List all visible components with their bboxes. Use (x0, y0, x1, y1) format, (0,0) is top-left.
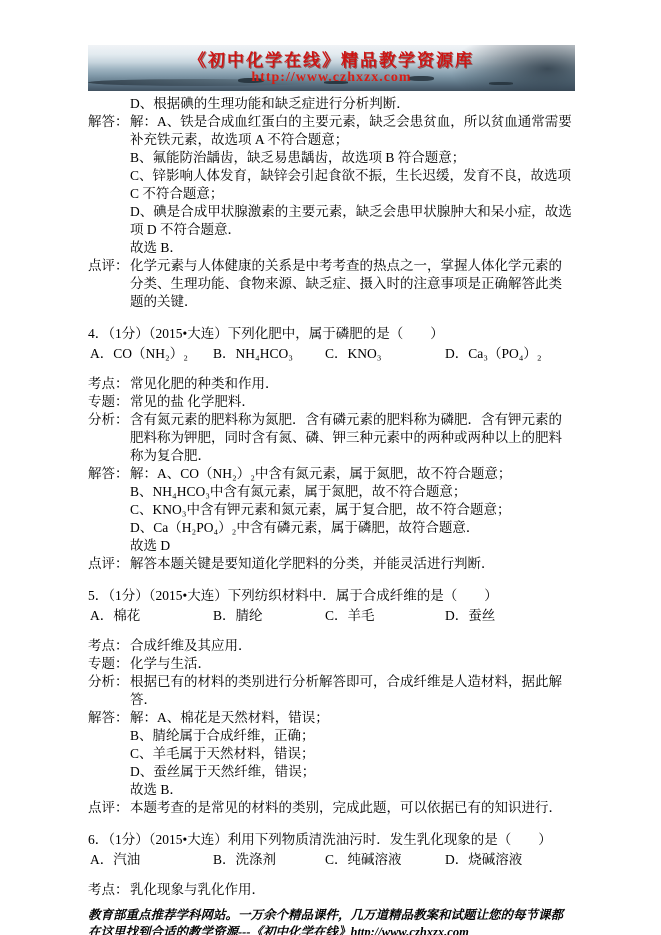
q6-option-c: C．纯碱溶液 (325, 851, 445, 869)
q4-option-b: B．NH₄HCO₃ (213, 345, 325, 363)
q4-analysis-block: 考点： 常见化肥的种类和作用． 专题： 常见的盐 化学肥料． 分析： 含有氮元素… (88, 375, 575, 573)
document-content: 《初中化学在线》精品教学资源库 http://www.czhxzx.com D、… (88, 45, 575, 935)
banner-url[interactable]: http://www.czhxzx.com (88, 69, 575, 87)
zhuanti-label: 专题： (88, 655, 130, 673)
jieda-label: 解答： (88, 113, 130, 131)
q4-options: A．CO（NH₂）₂ B．NH₄HCO₃ C．KNO₃ D．Ca₃（PO₄）₂ (88, 345, 575, 363)
q4-jieda-conclusion: 故选 D (130, 537, 575, 555)
q5-jieda-line-d: D、蚕丝属于天然纤维，错误； (130, 763, 575, 781)
q5-jieda-line-a: 解：A、棉花是天然材料，错误； (130, 709, 575, 727)
q5-jieda-line-b: B、腈纶属于合成纤维，正确； (130, 727, 575, 745)
q5-zhuanti-text: 化学与生活． (130, 655, 575, 673)
jieda-label: 解答： (88, 465, 130, 483)
prev-analysis-row: D、根据碘的生理功能和缺乏症进行分析判断． (88, 95, 575, 113)
q4-zhuanti-text: 常见的盐 化学肥料． (130, 393, 575, 411)
q5-option-c: C．羊毛 (325, 607, 445, 625)
kaodian-label: 考点： (88, 881, 130, 899)
q4-fenxi-row: 分析： 含有氮元素的肥料称为氮肥．含有磷元素的肥料称为磷肥．含有钾元素的肥料称为… (88, 411, 575, 465)
q5-kaodian-row: 考点： 合成纤维及其应用． (88, 637, 575, 655)
q6-stem: 6．（1分）（2015•大连）利用下列物质清洗油污时．发生乳化现象的是（ ） (88, 831, 575, 849)
q4-option-a: A．CO（NH₂）₂ (90, 345, 213, 363)
q4-jieda-line-b: B、NH₄HCO₃中含有氮元素，属于氮肥，故不符合题意； (130, 483, 575, 501)
q4-dianping-text: 解答本题关键是要知道化学肥料的分类，并能灵活进行判断． (130, 555, 575, 573)
q3-jieda-content: 解：A、铁是合成血红蛋白的主要元素，缺乏会患贫血，所以贫血通常需要补充铁元素，故… (130, 113, 575, 257)
q3-jieda-line-a: 解：A、铁是合成血红蛋白的主要元素，缺乏会患贫血，所以贫血通常需要补充铁元素，故… (130, 113, 575, 149)
q5-dianping-row: 点评： 本题考查的是常见的材料的类别，完成此题，可以依据已有的知识进行． (88, 799, 575, 817)
q3-dianping-row: 点评： 化学元素与人体健康的关系是中考考查的热点之一，掌握人体化学元素的分类、生… (88, 257, 575, 311)
dianping-label: 点评： (88, 799, 130, 817)
dianping-label: 点评： (88, 555, 130, 573)
dianping-label: 点评： (88, 257, 130, 275)
q4-jieda-line-a: 解：A、CO（NH₂）₂中含有氮元素，属于氮肥，故不符合题意； (130, 465, 575, 483)
q3-jieda-line-c: C、锌影响人体发育，缺锌会引起食欲不振，生长迟缓，发育不良，故选项 C 不符合题… (130, 167, 575, 203)
q6-option-b: B．洗涤剂 (213, 851, 325, 869)
q5-zhuanti-row: 专题： 化学与生活． (88, 655, 575, 673)
q3-jieda-conclusion: 故选 B． (130, 239, 575, 257)
q4-kaodian-row: 考点： 常见化肥的种类和作用． (88, 375, 575, 393)
q5-fenxi-row: 分析： 根据已有的材料的类别进行分析解答即可，合成纤维是人造材料，据此解答． (88, 673, 575, 709)
q6-analysis-block: 考点： 乳化现象与乳化作用． (88, 881, 575, 899)
footer-text: 教育部重点推荐学科网站。一万余个精品课件，几万道精品教案和试题让您的每节课都在这… (88, 907, 575, 935)
fenxi-label: 分析： (88, 673, 130, 691)
q5-jieda-line-c: C、羊毛属于天然材料，错误； (130, 745, 575, 763)
q5-jieda-row: 解答： 解：A、棉花是天然材料，错误； B、腈纶属于合成纤维，正确； C、羊毛属… (88, 709, 575, 799)
q6-options: A．汽油 B．洗涤剂 C．纯碱溶液 D．烧碱溶液 (88, 851, 575, 869)
q3-jieda-row: 解答： 解：A、铁是合成血红蛋白的主要元素，缺乏会患贫血，所以贫血通常需要补充铁… (88, 113, 575, 257)
q5-option-d: D．蚕丝 (445, 607, 575, 625)
q6-option-d: D．烧碱溶液 (445, 851, 575, 869)
zhuanti-label: 专题： (88, 393, 130, 411)
q5-option-b: B．腈纶 (213, 607, 325, 625)
q6-kaodian-text: 乳化现象与乳化作用． (130, 881, 575, 899)
q4-option-d: D．Ca₃（PO₄）₂ (445, 345, 575, 363)
q5-jieda-conclusion: 故选 B． (130, 781, 575, 799)
prev-analysis-line: D、根据碘的生理功能和缺乏症进行分析判断． (130, 95, 575, 113)
q6-option-a: A．汽油 (90, 851, 213, 869)
q5-fenxi-text: 根据已有的材料的类别进行分析解答即可，合成纤维是人造材料，据此解答． (130, 673, 575, 709)
q4-jieda-content: 解：A、CO（NH₂）₂中含有氮元素，属于氮肥，故不符合题意； B、NH₄HCO… (130, 465, 575, 555)
q6-kaodian-row: 考点： 乳化现象与乳化作用． (88, 881, 575, 899)
kaodian-label: 考点： (88, 637, 130, 655)
document-page: 《初中化学在线》精品教学资源库 http://www.czhxzx.com D、… (0, 0, 661, 935)
q4-stem: 4．（1分）（2015•大连）下列化肥中，属于磷肥的是（ ） (88, 325, 575, 343)
q4-dianping-row: 点评： 解答本题关键是要知道化学肥料的分类，并能灵活进行判断． (88, 555, 575, 573)
q5-options: A．棉花 B．腈纶 C．羊毛 D．蚕丝 (88, 607, 575, 625)
q5-kaodian-text: 合成纤维及其应用． (130, 637, 575, 655)
q5-stem: 5．（1分）（2015•大连）下列纺织材料中．属于合成纤维的是（ ） (88, 587, 575, 605)
q4-jieda-line-d: D、Ca（H₂PO₄）₂中含有磷元素，属于磷肥，故符合题意． (130, 519, 575, 537)
q5-jieda-content: 解：A、棉花是天然材料，错误； B、腈纶属于合成纤维，正确； C、羊毛属于天然材… (130, 709, 575, 799)
q4-kaodian-text: 常见化肥的种类和作用． (130, 375, 575, 393)
q4-jieda-line-c: C、KNO₃中含有钾元素和氮元素，属于复合肥，故不符合题意； (130, 501, 575, 519)
q4-jieda-row: 解答： 解：A、CO（NH₂）₂中含有氮元素，属于氮肥，故不符合题意； B、NH… (88, 465, 575, 555)
banner-title: 《初中化学在线》精品教学资源库 (88, 52, 575, 70)
fenxi-label: 分析： (88, 411, 130, 429)
q4-fenxi-text: 含有氮元素的肥料称为氮肥．含有磷元素的肥料称为磷肥．含有钾元素的肥料称为钾肥，同… (130, 411, 575, 465)
q4-option-c: C．KNO₃ (325, 345, 445, 363)
kaodian-label: 考点： (88, 375, 130, 393)
q3-dianping-text: 化学元素与人体健康的关系是中考考查的热点之一，掌握人体化学元素的分类、生理功能、… (130, 257, 575, 311)
q5-dianping-text: 本题考查的是常见的材料的类别，完成此题，可以依据已有的知识进行． (130, 799, 575, 817)
q5-option-a: A．棉花 (90, 607, 213, 625)
q3-jieda-line-b: B、氟能防治龋齿，缺乏易患龋齿，故选项 B 符合题意； (130, 149, 575, 167)
banner-image: 《初中化学在线》精品教学资源库 http://www.czhxzx.com (88, 45, 575, 91)
jieda-label: 解答： (88, 709, 130, 727)
q4-zhuanti-row: 专题： 常见的盐 化学肥料． (88, 393, 575, 411)
q5-analysis-block: 考点： 合成纤维及其应用． 专题： 化学与生活． 分析： 根据已有的材料的类别进… (88, 637, 575, 817)
q3-jieda-line-d: D、碘是合成甲状腺激素的主要元素，缺乏会患甲状腺肿大和呆小症，故选项 D 不符合… (130, 203, 575, 239)
